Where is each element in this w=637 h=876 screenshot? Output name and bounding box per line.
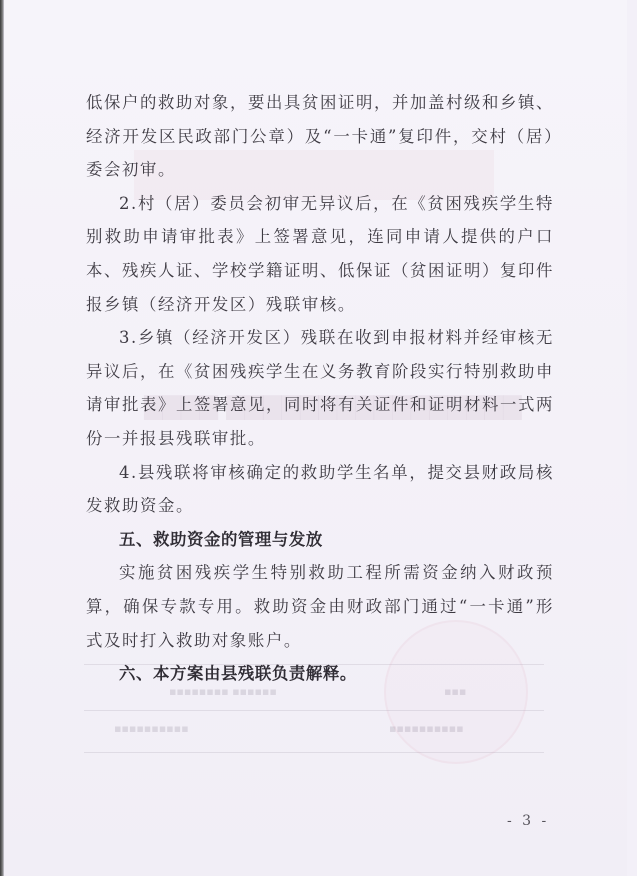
page-number: - 3 - [507,813,549,829]
paragraph-step-3: 3.乡镇（经济开发区）残联在收到申报材料并经审核无异议后，在《贫困残疾学生在义务… [86,321,554,455]
bleed-through-rule [84,710,544,711]
paragraph-continuation: 低保户的救助对象，要出具贫困证明，并加盖村级和乡镇、经济开发区民政部门公章）及“… [86,86,554,187]
bleed-through-text: ▪▪▪▪▪▪▪▪▪▪ [114,722,189,735]
paragraph-step-4: 4.县残联将审核确定的救助学生名单，提交县财政局核发救助资金。 [86,456,554,523]
bleed-through-rule [84,752,544,753]
bleed-through-text: ▪▪▪▪▪▪▪▪▪▪ [389,722,464,735]
section-heading-6: 六、本方案由县残联负责解释。 [86,657,554,691]
document-body: 低保户的救助对象，要出具贫困证明，并加盖村级和乡镇、经济开发区民政部门公章）及“… [86,86,554,691]
paragraph-section-5-body: 实施贫困残疾学生特别救助工程所需资金纳入财政预算，确保专款专用。救助资金由财政部… [86,556,554,657]
paragraph-step-2: 2.村（居）委员会初审无异议后，在《贫困残疾学生特别救助申请审批表》上签署意见，… [86,187,554,321]
section-heading-5: 五、救助资金的管理与发放 [86,523,554,557]
